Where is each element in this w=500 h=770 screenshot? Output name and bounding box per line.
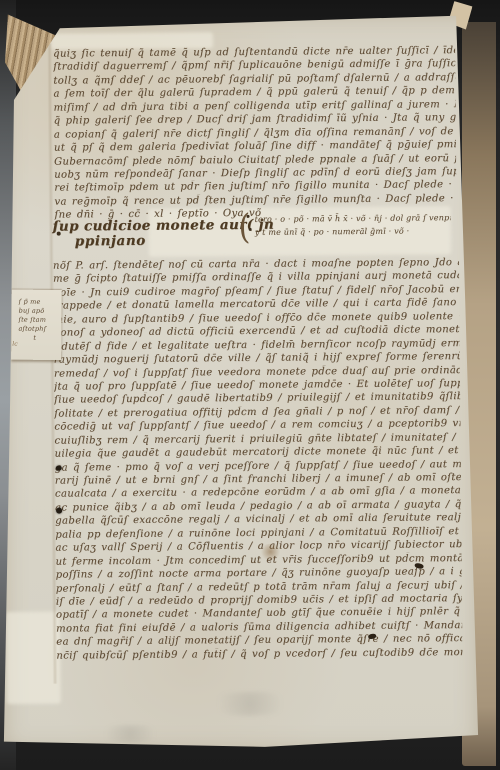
- margin-note-line: t: [33, 334, 61, 343]
- margin-note-line: ſte ſtam: [18, 316, 61, 325]
- ink-dot: [57, 232, 61, 236]
- heading-line: ppinjano: [75, 233, 253, 250]
- side-note-line: y t me ūnī q̃ · po · numerāl ḡmī · võ ·: [255, 225, 451, 239]
- page-content: q̃uiʒ ſic tenuiſ q̃ tamē q̃ uſp ad ſuſte…: [0, 10, 483, 754]
- margin-note-tab: ſ p̃ me buj apõ ſte ſtam aſtotphſ t lc: [11, 290, 62, 360]
- margin-note-line: aſtotphſ: [18, 325, 61, 334]
- ink-dot: [247, 215, 250, 218]
- bleed-through-smudge: [95, 725, 165, 744]
- margin-note-line: ſ p̃ me: [19, 298, 62, 307]
- margin-note-line: buj apõ: [19, 307, 62, 316]
- bleed-through-smudge: [205, 692, 295, 717]
- entry-heading: ſup cudicioe monete aur( jn ppinjano: [53, 218, 253, 250]
- worm-hole: [56, 508, 62, 514]
- ink-dot: [249, 228, 252, 231]
- heading-side-note: tero · o · põ · mā v̄ h̄ x̄ · võ · n̄j ·…: [255, 212, 451, 239]
- stain: [259, 544, 281, 560]
- manuscript-page: q̃uiʒ ſic tenuiſ q̃ tamē q̃ uſp ad ſuſte…: [2, 12, 480, 752]
- heading-line: ſup cudicioe monete aur( jn: [53, 218, 253, 235]
- main-text-block: nõſ P. arſ. ſtendēteſ noſ cū carta nr̄a …: [53, 256, 463, 663]
- side-note-line: tero · o · põ · mā v̄ h̄ x̄ · võ · n̄j ·…: [255, 212, 451, 226]
- manuscript-photo: q̃uiʒ ſic tenuiſ q̃ tamē q̃ uſp ad ſuſte…: [0, 0, 500, 770]
- worm-hole: [56, 466, 62, 471]
- previous-entry-block: q̃uiʒ ſic tenuiſ q̃ tamē q̃ uſp ad ſuſte…: [53, 44, 457, 222]
- text-line: nc̄iſ quibſcūſ pſentib9 / a fut̄iſ / q̃ …: [56, 646, 462, 663]
- margin-note-mark: lc: [12, 341, 17, 348]
